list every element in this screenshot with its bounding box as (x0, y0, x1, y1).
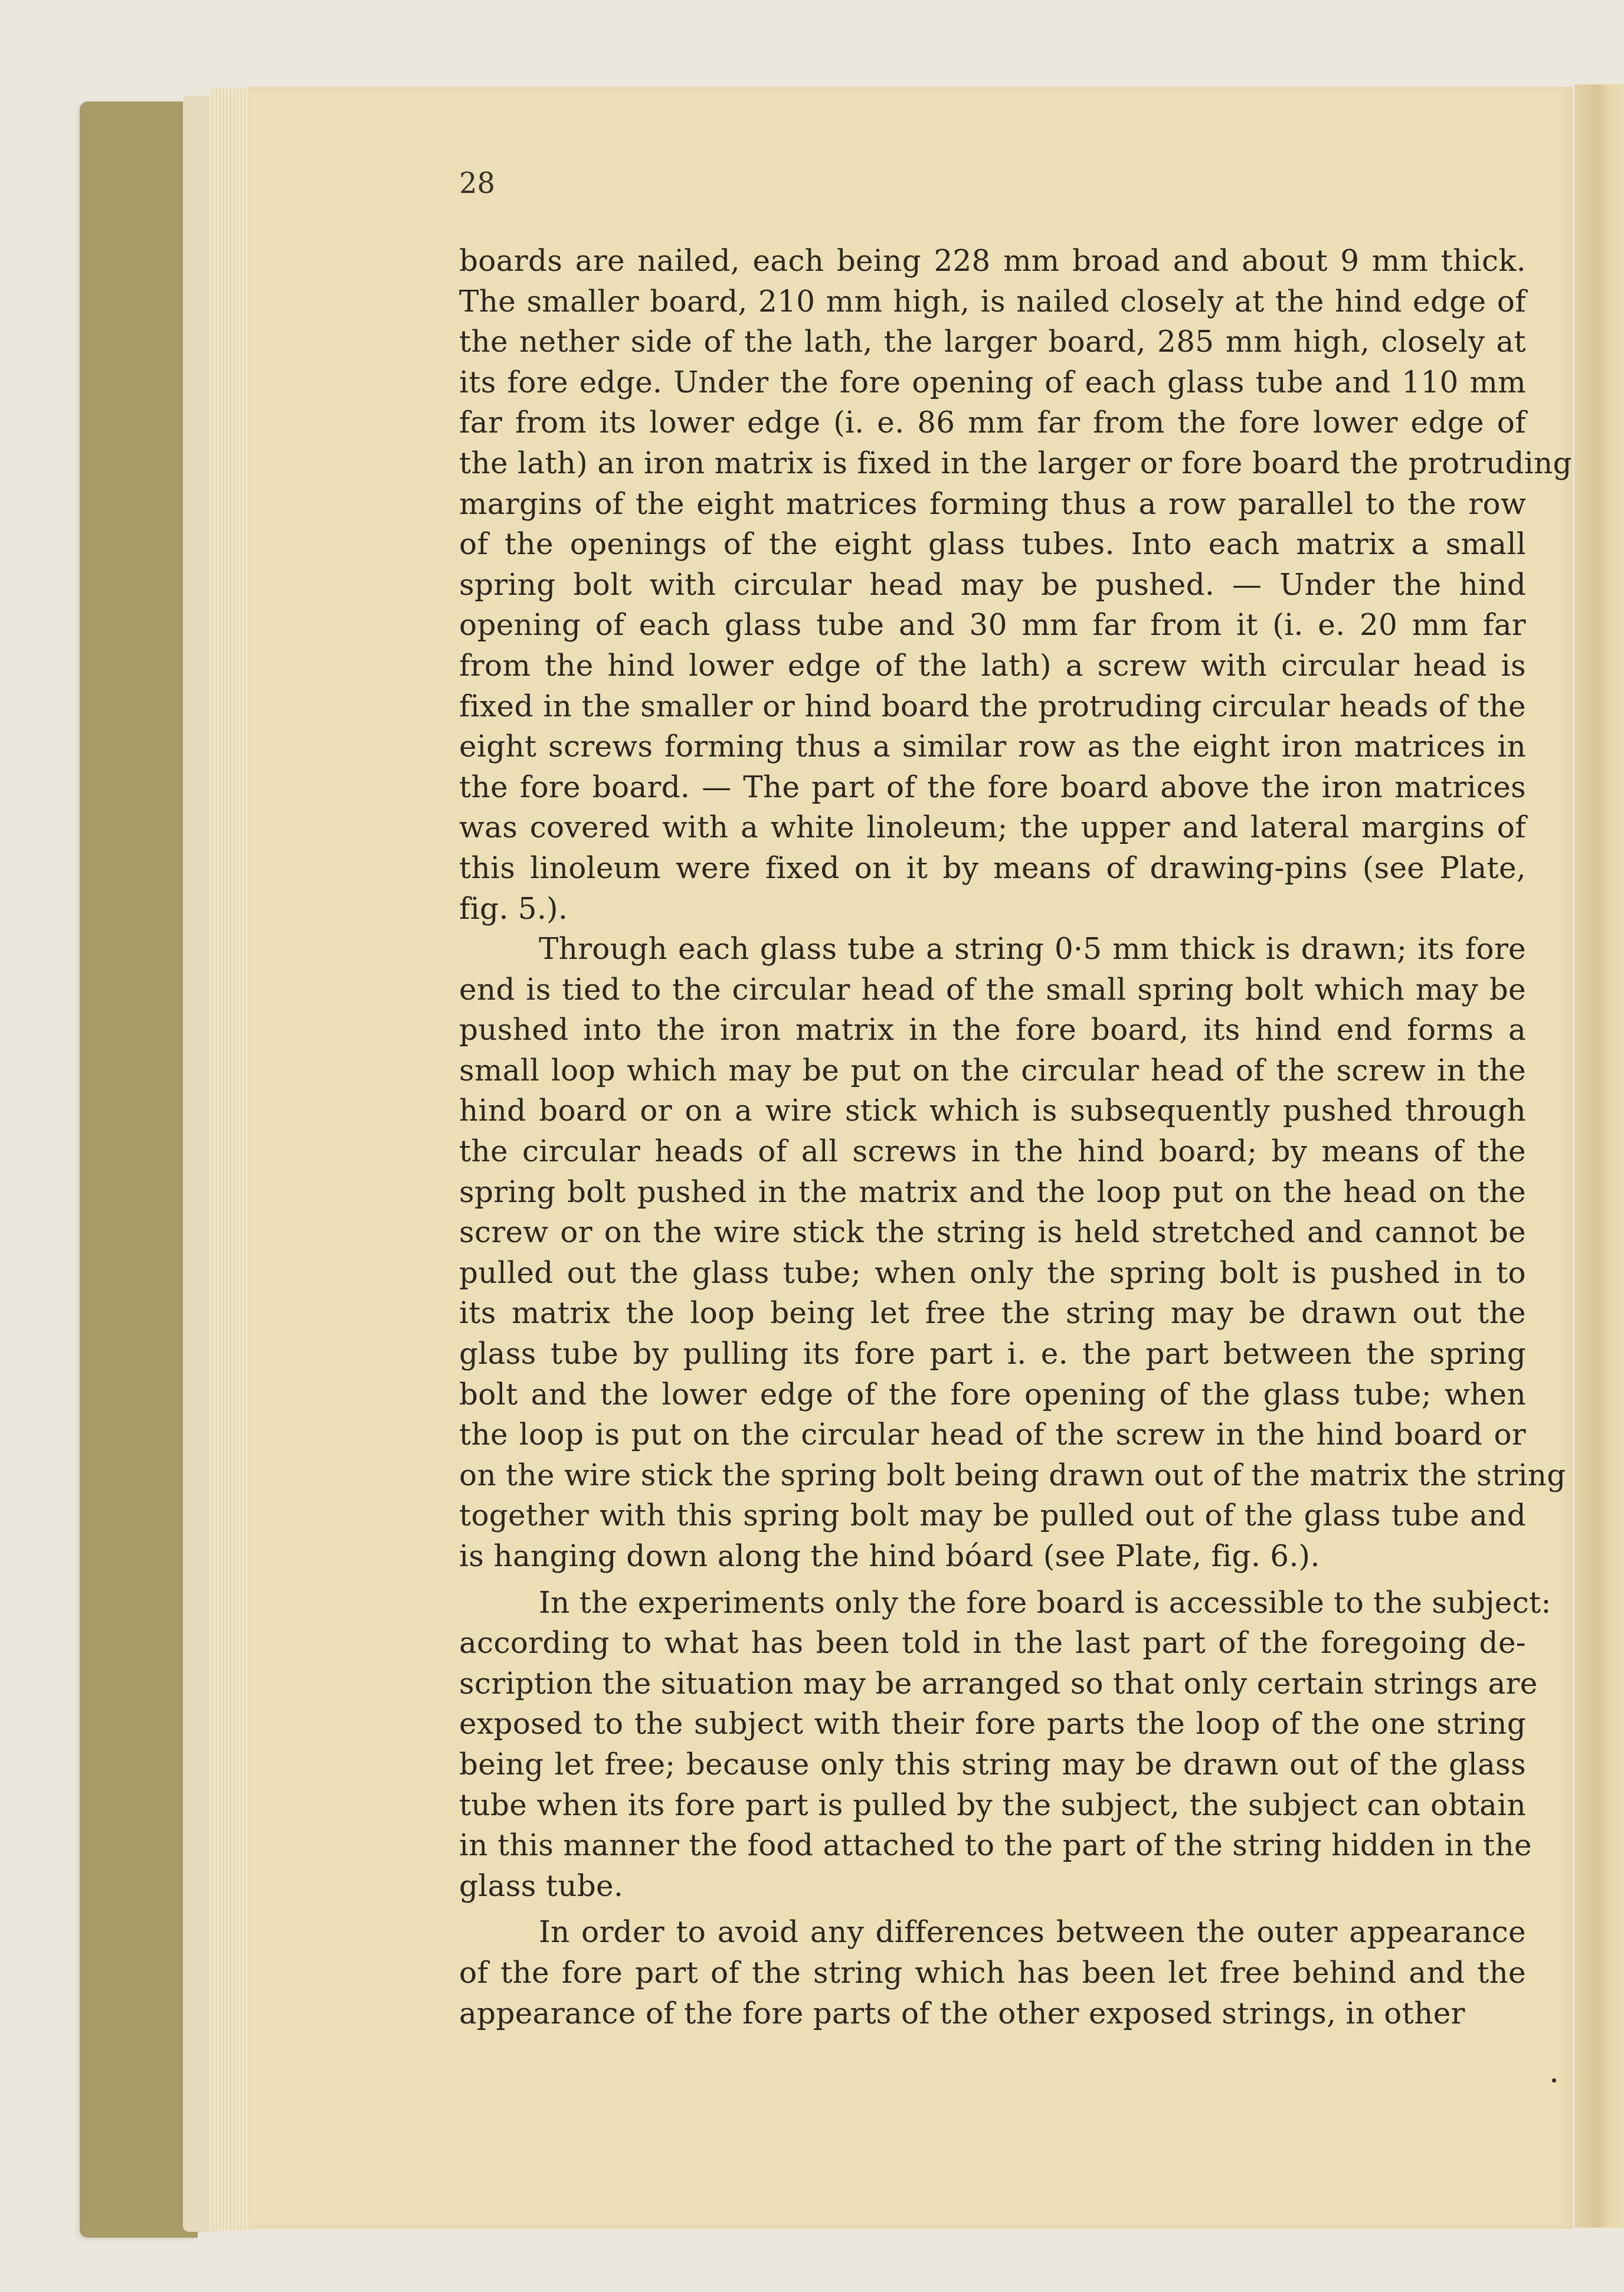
text-line: of the fore part of the string which has… (459, 1953, 1526, 1993)
text-line: the lath) an iron matrix is fixed in the… (459, 443, 1526, 484)
text-line: was covered with a white linoleum; the u… (459, 807, 1526, 848)
text-line: scription the situation may be arranged … (459, 1664, 1526, 1704)
ink-speck (1552, 2078, 1556, 2083)
paragraph: boards are nailed, each being 228 mm bro… (459, 241, 1526, 929)
text-line: its fore edge. Under the fore opening of… (459, 362, 1526, 403)
text-line: tube when its fore part is pulled by the… (459, 1785, 1526, 1826)
text-line: this linoleum were fixed on it by means … (459, 848, 1526, 889)
text-line: The smaller board, 210 mm high, is naile… (459, 281, 1526, 322)
text-line: is hanging down along the hind bóard (se… (459, 1536, 1526, 1577)
text-line: of the openings of the eight glass tubes… (459, 524, 1526, 565)
text-line: its matrix the loop being let free the s… (459, 1293, 1526, 1334)
text-line: spring bolt with circular head may be pu… (459, 565, 1526, 605)
text-line: fixed in the smaller or hind board the p… (459, 686, 1526, 727)
text-line: screw or on the wire stick the string is… (459, 1212, 1526, 1253)
text-line: margins of the eight matrices forming th… (459, 484, 1526, 525)
paragraph-gap (459, 1906, 1526, 1912)
text-line: bolt and the lower edge of the fore open… (459, 1374, 1526, 1415)
text-line: from the hind lower edge of the lath) a … (459, 646, 1526, 686)
text-line: the loop is put on the circular head of … (459, 1415, 1526, 1455)
paragraph-gap (459, 1577, 1526, 1583)
text-line: in this manner the food attached to the … (459, 1825, 1526, 1866)
text-line: exposed to the subject with their fore p… (459, 1704, 1526, 1744)
page-number: 28 (459, 167, 495, 200)
paragraph: Through each glass tube a string 0·5 mm … (459, 929, 1526, 1577)
book-cover-board (80, 101, 198, 2238)
adjacent-page-edge (1574, 84, 1624, 2228)
text-line: boards are nailed, each being 228 mm bro… (459, 241, 1526, 281)
text-line: far from its lower edge (i. e. 86 mm far… (459, 402, 1526, 443)
text-line: the fore board. — The part of the fore b… (459, 767, 1526, 808)
text-line: spring bolt pushed in the matrix and the… (459, 1172, 1526, 1213)
text-line: pulled out the glass tube; when only the… (459, 1253, 1526, 1294)
text-line: opening of each glass tube and 30 mm far… (459, 605, 1526, 646)
paragraph: In order to avoid any differences betwee… (459, 1912, 1526, 2034)
text-line: In order to avoid any differences betwee… (459, 1912, 1526, 1953)
text-line: the circular heads of all screws in the … (459, 1131, 1526, 1172)
text-line: In the experiments only the fore board i… (459, 1583, 1526, 1623)
text-line: eight screws forming thus a similar row … (459, 726, 1526, 767)
text-line: glass tube. (459, 1866, 1526, 1907)
text-line: fig. 5.). (459, 889, 1526, 929)
page-edges (209, 89, 251, 2231)
body-text: boards are nailed, each being 228 mm bro… (459, 241, 1526, 2034)
text-line: hind board or on a wire stick which is s… (459, 1091, 1526, 1131)
text-line: glass tube by pulling its fore part i. e… (459, 1334, 1526, 1374)
paragraph: In the experiments only the fore board i… (459, 1583, 1526, 1907)
text-line: end is tied to the circular head of the … (459, 970, 1526, 1010)
text-line: Through each glass tube a string 0·5 mm … (459, 929, 1526, 970)
text-line: pushed into the iron matrix in the fore … (459, 1010, 1526, 1050)
text-line: on the wire stick the spring bolt being … (459, 1455, 1526, 1496)
text-line: small loop which may be put on the circu… (459, 1050, 1526, 1091)
text-line: the nether side of the lath, the larger … (459, 322, 1526, 362)
text-line: appearance of the fore parts of the othe… (459, 1993, 1526, 2034)
text-line: being let free; because only this string… (459, 1744, 1526, 1785)
text-line: together with this spring bolt may be pu… (459, 1495, 1526, 1536)
text-line: according to what has been told in the l… (459, 1623, 1526, 1664)
